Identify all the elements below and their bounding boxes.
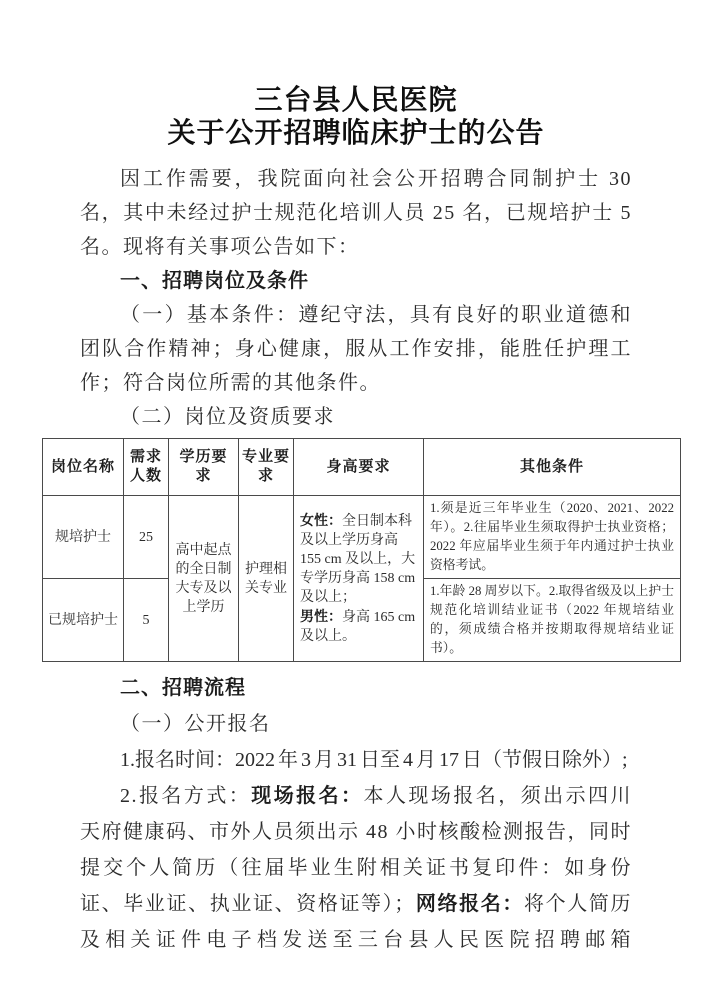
cell-major-merged: 护理相关专业 bbox=[239, 496, 294, 662]
section-1-heading: 一、招聘岗位及条件 bbox=[80, 264, 632, 298]
cell-other-1: 1.须是近三年毕业生（2020、2021、2022年）。2.往届毕业生须取得护士… bbox=[424, 496, 681, 579]
title-line-2: 关于公开招聘临床护士的公告 bbox=[80, 117, 632, 150]
section-2-heading: 二、招聘流程 bbox=[80, 670, 632, 706]
col-header-position: 岗位名称 bbox=[43, 439, 124, 496]
male-label: 男性： bbox=[300, 608, 342, 624]
cell-position-2: 已规培护士 bbox=[43, 579, 124, 662]
col-header-education: 学历要求 bbox=[169, 439, 239, 496]
document-content: 三台县人民医院 关于公开招聘临床护士的公告 因工作需要，我院面向社会公开招聘合同… bbox=[0, 0, 707, 958]
col-header-height: 身高要求 bbox=[294, 439, 424, 496]
table-header-row: 岗位名称 需求人数 学历要求 专业要求 身高要求 其他条件 bbox=[43, 439, 681, 496]
title-line-1: 三台县人民医院 bbox=[80, 84, 632, 117]
signup-time-paragraph: 1.报名时间：2022 年 3 月 31 日至 4 月 17 日（节假日除外）; bbox=[80, 742, 632, 778]
col-header-count: 需求人数 bbox=[124, 439, 169, 496]
open-signup-label: （一）公开报名 bbox=[80, 706, 632, 742]
onsite-signup-label: 现场报名： bbox=[251, 785, 363, 807]
online-signup-label: 网络报名： bbox=[416, 893, 524, 915]
cell-education-merged: 高中起点的全日制大专及以上学历 bbox=[169, 496, 239, 662]
col-header-major: 专业要求 bbox=[239, 439, 294, 496]
table-row-trainee-nurse: 规培护士 25 高中起点的全日制大专及以上学历 护理相关专业 女性：全日制本科及… bbox=[43, 496, 681, 579]
requirements-table: 岗位名称 需求人数 学历要求 专业要求 身高要求 其他条件 规培护士 25 高中… bbox=[42, 438, 681, 662]
height-female-segment: 女性：全日制本科及以上学历身高 155 cm 及以上，大专学历身高 158 cm… bbox=[300, 511, 417, 607]
height-male-segment: 男性：身高 165 cm 及以上。 bbox=[300, 607, 417, 646]
post-requirements-label: （二）岗位及资质要求 bbox=[80, 400, 632, 434]
signup-method-paragraph: 2.报名方式：现场报名：本人现场报名，须出示四川天府健康码、市外人员须出示 48… bbox=[80, 778, 632, 958]
cell-height-merged: 女性：全日制本科及以上学历身高 155 cm 及以上，大专学历身高 158 cm… bbox=[294, 496, 424, 662]
cell-count-2: 5 bbox=[124, 579, 169, 662]
female-label: 女性： bbox=[300, 512, 342, 528]
basic-conditions-paragraph: （一）基本条件：遵纪守法，具有良好的职业道德和团队合作精神；身心健康，服从工作安… bbox=[80, 298, 632, 400]
col-header-other: 其他条件 bbox=[424, 439, 681, 496]
cell-position-1: 规培护士 bbox=[43, 496, 124, 579]
document-title: 三台县人民医院 关于公开招聘临床护士的公告 bbox=[80, 84, 632, 150]
signup-method-prefix: 2.报名方式： bbox=[120, 785, 251, 807]
cell-other-2: 1.年龄 28 周岁以下。2.取得省级及以上护士规范化培训结业证书（2022 年… bbox=[424, 579, 681, 662]
intro-paragraph: 因工作需要，我院面向社会公开招聘合同制护士 30 名，其中未经过护士规范化培训人… bbox=[80, 162, 632, 264]
document-page: 三台县人民医院 关于公开招聘临床护士的公告 因工作需要，我院面向社会公开招聘合同… bbox=[0, 0, 707, 1000]
cell-count-1: 25 bbox=[124, 496, 169, 579]
